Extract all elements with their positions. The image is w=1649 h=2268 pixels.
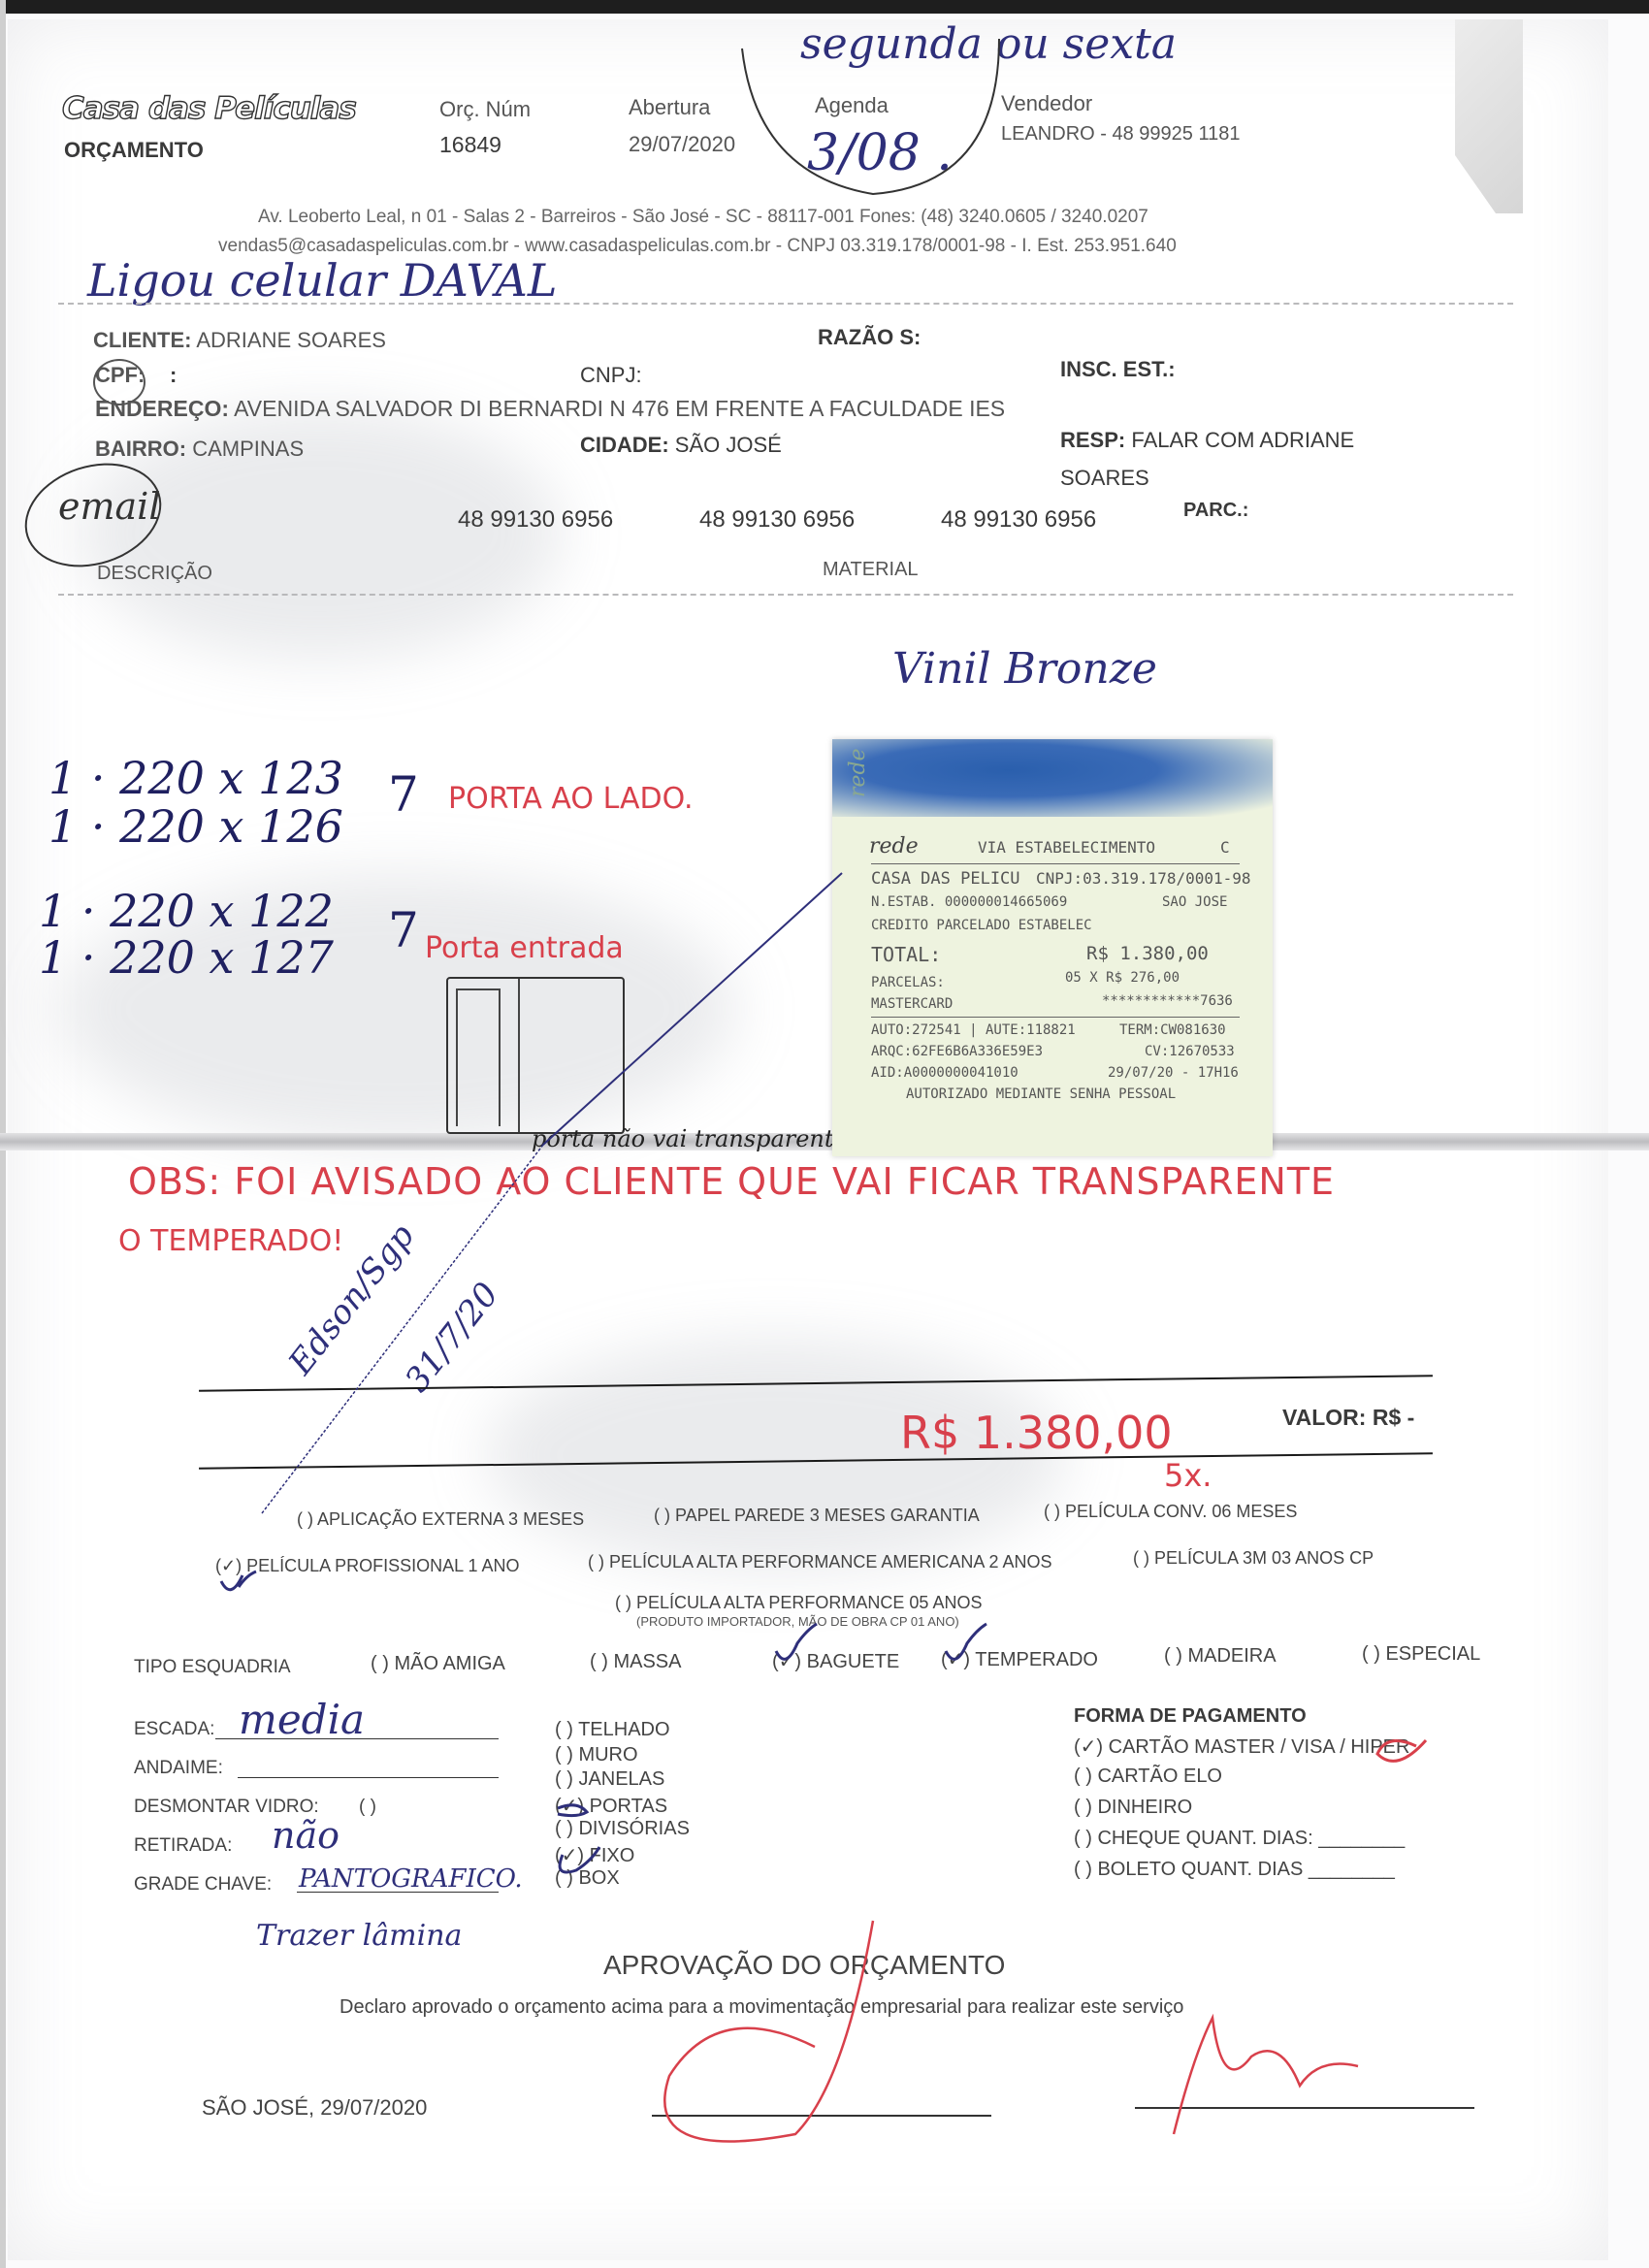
- phone-3: 48 99130 6956: [941, 506, 1096, 534]
- option-label: APLICAÇÃO EXTERNA 3 MESES: [317, 1509, 584, 1529]
- option-label: PAPEL PAREDE 3 MESES GARANTIA: [675, 1506, 980, 1525]
- grade-chave-label: GRADE CHAVE:: [134, 1874, 272, 1895]
- razao-label: RAZÃO S:: [818, 325, 921, 350]
- door-sketch: [446, 977, 625, 1134]
- receipt-via: VIA ESTABELECIMENTO: [978, 838, 1155, 857]
- approval-place-date: SÃO JOSÉ, 29/07/2020: [202, 2095, 427, 2121]
- esquadria-option[interactable]: ( ) MÃO AMIGA: [371, 1653, 505, 1675]
- vendedor-label: Vendedor: [1001, 91, 1092, 116]
- local-option[interactable]: (✓) FIXO: [555, 1843, 634, 1867]
- local-option[interactable]: (✓) PORTAS: [555, 1794, 667, 1818]
- esquadria-option[interactable]: ( ) MASSA: [590, 1651, 681, 1673]
- agenda-label: Agenda: [815, 93, 889, 118]
- checkbox[interactable]: ( ): [555, 1768, 578, 1790]
- client-signature-line[interactable]: [652, 2115, 991, 2117]
- receipt-merchant: CASA DAS PELICU: [871, 869, 1020, 889]
- cpf-circle-mark: [93, 359, 145, 405]
- receipt-total: R$ 1.380,00: [1086, 943, 1209, 964]
- cidade-field: CIDADE: SÃO JOSÉ: [580, 433, 782, 458]
- endereco-value: AVENIDA SALVADOR DI BERNARDI N 476 EM FR…: [234, 396, 1005, 421]
- receipt-brand: rede: [869, 834, 919, 859]
- abertura-value: 29/07/2020: [629, 132, 735, 157]
- agenda-date-handwritten: 3/08 .: [807, 124, 953, 182]
- checkbox[interactable]: ( ): [555, 1867, 578, 1889]
- option-label: CHEQUE: [1097, 1828, 1180, 1849]
- option-label: ESPECIAL: [1385, 1643, 1480, 1665]
- valor-installments: 5x.: [1164, 1457, 1212, 1494]
- desmontar-checkbox[interactable]: ( ): [359, 1797, 376, 1818]
- phone-2: 48 99130 6956: [699, 506, 855, 534]
- checkbox[interactable]: (✓): [215, 1556, 246, 1575]
- option-label: TELHADO: [578, 1719, 669, 1740]
- option-label: MÃO AMIGA: [394, 1653, 504, 1674]
- option-label: MASSA: [613, 1651, 681, 1672]
- checkbox[interactable]: ( ): [1074, 1797, 1097, 1818]
- option-label: PELÍCULA ALTA PERFORMANCE AMERICANA 2 AN…: [609, 1552, 1051, 1571]
- cliente-value: ADRIANE SOARES: [196, 328, 386, 352]
- abertura-label: Abertura: [629, 95, 710, 120]
- warranty-footnote: (PRODUTO IMPORTADOR, MÃO DE OBRA CP 01 A…: [636, 1614, 959, 1629]
- checkbox[interactable]: ( ): [297, 1509, 317, 1529]
- sketch-panel: [456, 988, 501, 1126]
- receipt-term: TERM:CW081630: [1119, 1022, 1226, 1038]
- option-label: DINHEIRO: [1097, 1797, 1192, 1818]
- andaime-underline: [238, 1777, 499, 1778]
- option-label: TEMPERADO: [975, 1649, 1098, 1670]
- retirada-label: RETIRADA:: [134, 1835, 232, 1857]
- local-option[interactable]: ( ) BOX: [555, 1867, 620, 1890]
- checkbox[interactable]: ( ): [555, 1744, 578, 1766]
- insc-est-label: INSC. EST.:: [1060, 357, 1176, 382]
- warranty-option[interactable]: (✓) PELÍCULA PROFISSIONAL 1 ANO: [215, 1556, 520, 1576]
- item-line: 1 · 220 x 126: [48, 800, 343, 853]
- sketch-note: porta não vai transparente: [532, 1125, 848, 1152]
- company-address: Av. Leoberto Leal, n 01 - Salas 2 - Barr…: [258, 207, 1148, 228]
- local-option[interactable]: ( ) MURO: [555, 1744, 638, 1766]
- obs-line-1: OBS: FOI AVISADO AO CLIENTE QUE VAI FICA…: [128, 1160, 1335, 1203]
- checkbox[interactable]: ( ): [615, 1593, 636, 1612]
- cpf-value: :: [170, 363, 177, 388]
- receipt-via-code: C: [1220, 838, 1230, 857]
- option-label: BOLETO: [1097, 1859, 1176, 1880]
- checkbox[interactable]: ( ): [555, 1719, 578, 1740]
- option-label: PELÍCULA PROFISSIONAL 1 ANO: [246, 1556, 519, 1575]
- checkbox[interactable]: (✓): [941, 1649, 975, 1670]
- payment-option[interactable]: ( ) DINHEIRO: [1074, 1797, 1192, 1819]
- resp-label: RESP:: [1060, 428, 1125, 452]
- local-option[interactable]: ( ) TELHADO: [555, 1719, 670, 1741]
- material-label: MATERIAL: [823, 559, 919, 581]
- extra-handwritten-note: Trazer lâmina: [256, 1919, 462, 1953]
- resp-value: FALAR COM ADRIANE: [1131, 428, 1354, 452]
- checkbox[interactable]: ( ): [1074, 1766, 1097, 1787]
- receipt-separator: [871, 1017, 1240, 1018]
- checkbox[interactable]: (✓): [772, 1651, 807, 1672]
- sketch-divider: [518, 979, 520, 1132]
- receipt-ink-stain: [832, 739, 1273, 817]
- obs-line-2: O TEMPERADO!: [118, 1224, 343, 1258]
- payment-option[interactable]: ( ) CARTÃO ELO: [1074, 1766, 1222, 1788]
- checkbox[interactable]: ( ): [590, 1651, 613, 1672]
- valor-handwritten: R$ 1.380,00: [900, 1407, 1173, 1459]
- option-label: PELÍCULA 3M 03 ANOS CP: [1154, 1548, 1374, 1568]
- option-label: MADEIRA: [1187, 1645, 1276, 1667]
- days-field[interactable]: QUANT. DIAS ________: [1176, 1859, 1395, 1880]
- checkbox[interactable]: ( ): [1133, 1548, 1154, 1568]
- local-option[interactable]: ( ) JANELAS: [555, 1768, 664, 1791]
- bracket-mark: 7: [388, 766, 419, 823]
- orc-num-value: 16849: [439, 132, 501, 158]
- receipt-estab: N.ESTAB. 000000014665069: [871, 894, 1067, 910]
- warranty-option[interactable]: ( ) PELÍCULA ALTA PERFORMANCE AMERICANA …: [588, 1552, 1051, 1572]
- receipt-total-label: TOTAL:: [871, 943, 941, 966]
- receipt-separator: [871, 863, 1240, 864]
- divider: [58, 303, 1513, 306]
- local-option[interactable]: ( ) DIVISÓRIAS: [555, 1818, 690, 1840]
- cidade-value: SÃO JOSÉ: [675, 433, 782, 457]
- option-label: PELÍCULA CONV. 06 MESES: [1065, 1502, 1297, 1521]
- receipt-cv: CV:12670533: [1145, 1044, 1235, 1059]
- escada-label: ESCADA:: [134, 1719, 214, 1740]
- receipt-cnpj: CNPJ:03.319.178/0001-98: [1036, 869, 1251, 888]
- warranty-option[interactable]: ( ) PAPEL PAREDE 3 MESES GARANTIA: [654, 1506, 980, 1526]
- item-line: 1 · 220 x 123: [48, 752, 343, 804]
- checkbox[interactable]: (✓): [1074, 1736, 1109, 1758]
- receipt-type: CREDITO PARCELADO ESTABELEC: [871, 918, 1092, 933]
- receipt-card: MASTERCARD: [871, 996, 953, 1012]
- option-label: PELÍCULA ALTA PERFORMANCE 05 ANOS: [636, 1593, 982, 1612]
- option-label: BAGUETE: [807, 1651, 900, 1672]
- payment-option[interactable]: ( ) CHEQUE QUANT. DIAS: ________: [1074, 1828, 1405, 1850]
- company-logo: Casa das Películas: [62, 91, 356, 126]
- checkbox[interactable]: ( ): [555, 1818, 578, 1839]
- escada-value[interactable]: media: [239, 1696, 365, 1743]
- receipt-auth: AUTORIZADO MEDIANTE SENHA PESSOAL: [906, 1086, 1176, 1102]
- warranty-option[interactable]: ( ) APLICAÇÃO EXTERNA 3 MESES: [297, 1509, 584, 1530]
- checkbox[interactable]: ( ): [1164, 1645, 1187, 1667]
- card-receipt: rede rede VIA ESTABELECIMENTO C CASA DAS…: [832, 739, 1273, 1156]
- payment-option[interactable]: ( ) BOLETO QUANT. DIAS ________: [1074, 1859, 1395, 1881]
- checkbox[interactable]: ( ): [1044, 1502, 1065, 1521]
- grade-chave-value[interactable]: PANTOGRAFICO.: [299, 1864, 523, 1894]
- option-label: FIXO: [590, 1845, 635, 1866]
- company-signature-line[interactable]: [1135, 2107, 1474, 2109]
- payment-option[interactable]: (✓) CARTÃO MASTER / VISA / HIPER: [1074, 1734, 1409, 1759]
- checkbox[interactable]: ( ): [371, 1653, 394, 1674]
- vendedor-value: LEANDRO - 48 99925 1181: [1001, 123, 1240, 146]
- retirada-value[interactable]: não: [272, 1814, 339, 1857]
- resp-field: RESP: FALAR COM ADRIANE: [1060, 428, 1354, 453]
- descricao-label: DESCRIÇÃO: [97, 563, 212, 585]
- scan-edge-top: [0, 0, 1649, 14]
- cliente-label: CLIENTE:: [93, 328, 191, 352]
- receipt-aid: AID:A0000000041010: [871, 1065, 1018, 1081]
- document-type: ORÇAMENTO: [64, 138, 204, 163]
- item-line: 1 · 220 x 127: [39, 931, 334, 984]
- approval-title: APROVAÇÃO DO ORÇAMENTO: [603, 1950, 1005, 1981]
- handwritten-call-note: Ligou celular DAVAL: [87, 254, 557, 307]
- esquadria-option[interactable]: ( ) MADEIRA: [1164, 1645, 1277, 1668]
- agenda-note-handwritten: segunda ou sexta: [800, 19, 1177, 69]
- warranty-option[interactable]: ( ) PELÍCULA ALTA PERFORMANCE 05 ANOS: [615, 1593, 982, 1613]
- checkbox[interactable]: ( ): [1074, 1828, 1097, 1849]
- option-label: PORTAS: [590, 1796, 667, 1817]
- cidade-label: CIDADE:: [580, 433, 669, 457]
- option-label: DIVISÓRIAS: [578, 1818, 689, 1839]
- esquadria-label: TIPO ESQUADRIA: [134, 1657, 291, 1678]
- checkbox[interactable]: ( ): [654, 1506, 675, 1525]
- receipt-card-number: ************7636: [1102, 993, 1233, 1009]
- esquadria-option[interactable]: ( ) ESPECIAL: [1362, 1643, 1480, 1666]
- receipt-city: SAO JOSE: [1162, 894, 1227, 910]
- warranty-option[interactable]: ( ) PELÍCULA 3M 03 ANOS CP: [1133, 1548, 1374, 1569]
- receipt-parcelas: 05 X R$ 276,00: [1065, 970, 1180, 986]
- approval-declaration: Declaro aprovado o orçamento acima para …: [339, 1996, 1183, 2019]
- material-handwritten: Vinil Bronze: [892, 644, 1157, 694]
- option-label: BOX: [578, 1867, 619, 1889]
- esquadria-option[interactable]: (✓) TEMPERADO: [941, 1647, 1098, 1671]
- item-line: 1 · 220 x 122: [39, 885, 334, 937]
- checkbox[interactable]: ( ): [1074, 1859, 1097, 1880]
- resp-value-line2: SOARES: [1060, 466, 1149, 491]
- cnpj-label: CNPJ:: [580, 363, 642, 388]
- esquadria-option[interactable]: (✓) BAGUETE: [772, 1649, 899, 1673]
- receipt-datetime: 29/07/20 - 17H16: [1108, 1065, 1239, 1081]
- phone-1: 48 99130 6956: [458, 506, 613, 534]
- orc-num-label: Orç. Núm: [439, 97, 531, 122]
- parc-label: PARC.:: [1183, 500, 1248, 522]
- pagamento-title: FORMA DE PAGAMENTO: [1074, 1705, 1307, 1728]
- divider: [58, 594, 1513, 597]
- checkbox[interactable]: (✓): [555, 1796, 590, 1817]
- checkbox[interactable]: (✓): [555, 1845, 590, 1866]
- receipt-auto: AUTO:272541 | AUTE:118821: [871, 1022, 1076, 1038]
- bairro-value: CAMPINAS: [192, 437, 304, 461]
- receipt-arqc: ARQC:62FE6B6A336E59E3: [871, 1044, 1043, 1059]
- checkbox[interactable]: ( ): [1362, 1643, 1385, 1665]
- days-field[interactable]: QUANT. DIAS: ________: [1180, 1828, 1405, 1849]
- option-label: MURO: [578, 1744, 637, 1766]
- endereco-field: ENDEREÇO: AVENIDA SALVADOR DI BERNARDI N…: [95, 396, 1005, 422]
- receipt-vertical-logo: rede: [846, 748, 870, 797]
- option-label: CARTÃO ELO: [1097, 1766, 1222, 1787]
- bracket-mark: 7: [388, 902, 419, 958]
- valor-label: VALOR: R$ -: [1282, 1405, 1414, 1431]
- group1-note: PORTA AO LADO.: [448, 782, 694, 816]
- checkbox[interactable]: ( ): [588, 1552, 609, 1571]
- bairro-label: BAIRRO:: [95, 437, 186, 461]
- andaime-label: ANDAIME:: [134, 1758, 223, 1779]
- bairro-field: BAIRRO: CAMPINAS: [95, 437, 304, 462]
- cliente-field: CLIENTE: ADRIANE SOARES: [93, 328, 386, 353]
- warranty-option[interactable]: ( ) PELÍCULA CONV. 06 MESES: [1044, 1502, 1297, 1522]
- option-label: CARTÃO MASTER / VISA / HIPER: [1109, 1736, 1410, 1758]
- group2-note: Porta entrada: [425, 931, 624, 965]
- receipt-parcelas-label: PARCELAS:: [871, 975, 945, 990]
- option-label: JANELAS: [578, 1768, 664, 1790]
